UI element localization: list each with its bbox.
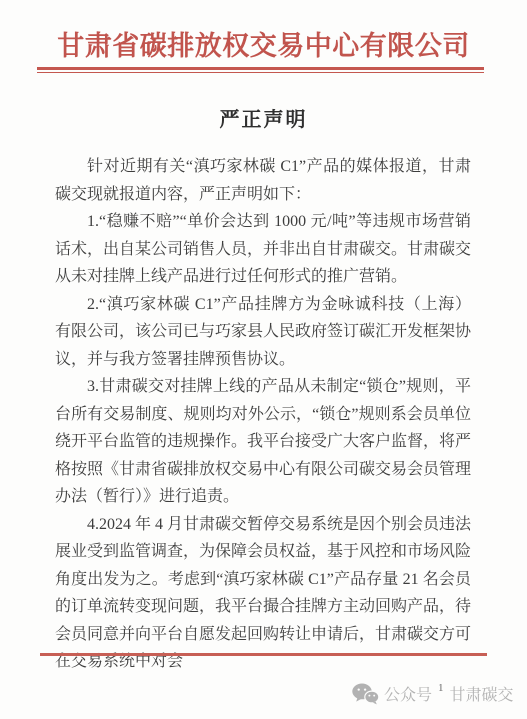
statement-document-page: 甘肃省碳排放权交易中心有限公司 严正声明 针对近期有关“滇巧家林碳 C1”产品的… <box>0 0 527 719</box>
header-rule-thick-line <box>37 67 484 70</box>
statement-paragraph-intro: 针对近期有关“滇巧家林碳 C1”产品的媒体报道，甘肃碳交现就报道内容，严正声明如… <box>55 153 471 208</box>
footer-rule <box>40 653 487 656</box>
statement-paragraph-3: 3.甘肃碳交对挂牌上线的产品从未制定“锁仓”规则，平台所有交易制度、规则均对外公… <box>55 373 471 511</box>
wechat-icon <box>352 683 379 705</box>
wechat-watermark: 公众号 1 甘肃碳交 <box>352 682 514 705</box>
watermark-label: 公众号 <box>384 682 432 705</box>
statement-title: 严正声明 <box>0 103 527 132</box>
page-number: 1 <box>438 682 444 694</box>
statement-paragraph-4: 4.2024 年 4 月甘肃碳交暂停交易系统是因个别会员违法展业受到监管调查，为… <box>55 511 471 676</box>
watermark-account: 甘肃碳交 <box>450 682 514 705</box>
statement-paragraph-2: 2.“滇巧家林碳 C1”产品挂牌方为金咏诚科技（上海）有限公司，该公司已与巧家县… <box>55 291 471 374</box>
header-double-rule <box>37 67 484 73</box>
header-rule-thin-line <box>37 72 484 73</box>
company-name-heading: 甘肃省碳排放权交易中心有限公司 <box>0 24 527 63</box>
statement-body: 针对近期有关“滇巧家林碳 C1”产品的媒体报道，甘肃碳交现就报道内容，严正声明如… <box>55 153 471 676</box>
statement-paragraph-1: 1.“稳赚不赔”“单价会达到 1000 元/吨”等违规市场营销话术，出自某公司销… <box>55 208 471 291</box>
